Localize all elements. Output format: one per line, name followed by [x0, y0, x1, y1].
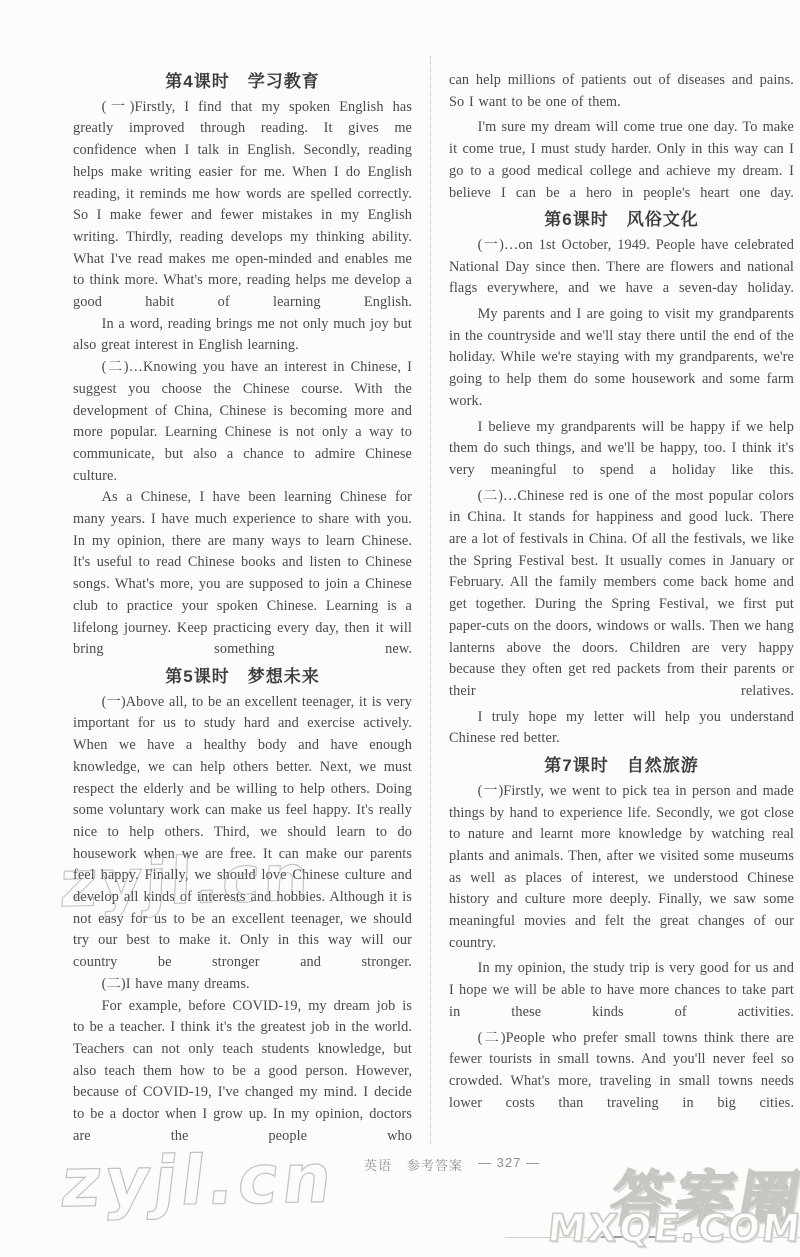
- page-footer: 英语 参考答案 — 327 —: [364, 1155, 540, 1174]
- answer-book-page: 第4课时 学习教育(一)Firstly, I find that my spok…: [0, 0, 800, 1257]
- paragraph: I'm sure my dream will come true one day…: [449, 117, 794, 204]
- footer-subject: 英语: [364, 1155, 392, 1174]
- paragraph: In a word, reading brings me not only mu…: [73, 314, 412, 357]
- right-column: can help millions of patients out of dis…: [449, 70, 794, 1114]
- section-heading: 第4课时 学习教育: [73, 71, 412, 93]
- paragraph: (一)Firstly, we went to pick tea in perso…: [449, 781, 794, 955]
- footer-page-number: — 327 —: [478, 1155, 540, 1174]
- column-divider: [430, 56, 431, 1144]
- paragraph: In my opinion, the study trip is very go…: [449, 958, 794, 1023]
- section-heading: 第7课时 自然旅游: [449, 755, 794, 777]
- paragraph: can help millions of patients out of dis…: [449, 70, 794, 113]
- paragraph: (二)I have many dreams.: [73, 974, 412, 996]
- zyjl-bottom-watermark: zyjl.cn: [57, 1140, 340, 1224]
- section-heading: 第6课时 风俗文化: [449, 209, 794, 231]
- mxqe-site-watermark: MXQE.COM: [546, 1206, 800, 1250]
- paragraph: For example, before COVID-19, my dream j…: [73, 996, 412, 1148]
- paragraph: (二)…Knowing you have an interest in Chin…: [73, 357, 412, 487]
- paragraph: (二)People who prefer small towns think t…: [449, 1028, 794, 1115]
- paragraph: As a Chinese, I have been learning Chine…: [73, 487, 412, 661]
- paragraph: (一)…on 1st October, 1949. People have ce…: [449, 235, 794, 300]
- paragraph: My parents and I are going to visit my g…: [449, 304, 794, 413]
- left-column: 第4课时 学习教育(一)Firstly, I find that my spok…: [73, 66, 412, 1147]
- paragraph: (二)…Chinese red is one of the most popul…: [449, 486, 794, 703]
- paragraph: I believe my grandparents will be happy …: [449, 417, 794, 482]
- paragraph: (一)Firstly, I find that my spoken Englis…: [73, 97, 412, 314]
- paragraph: I truly hope my letter will help you und…: [449, 707, 794, 750]
- footer-label: 参考答案: [407, 1155, 463, 1174]
- paragraph: (一)Above all, to be an excellent teenage…: [73, 692, 412, 974]
- section-heading: 第5课时 梦想未来: [73, 666, 412, 688]
